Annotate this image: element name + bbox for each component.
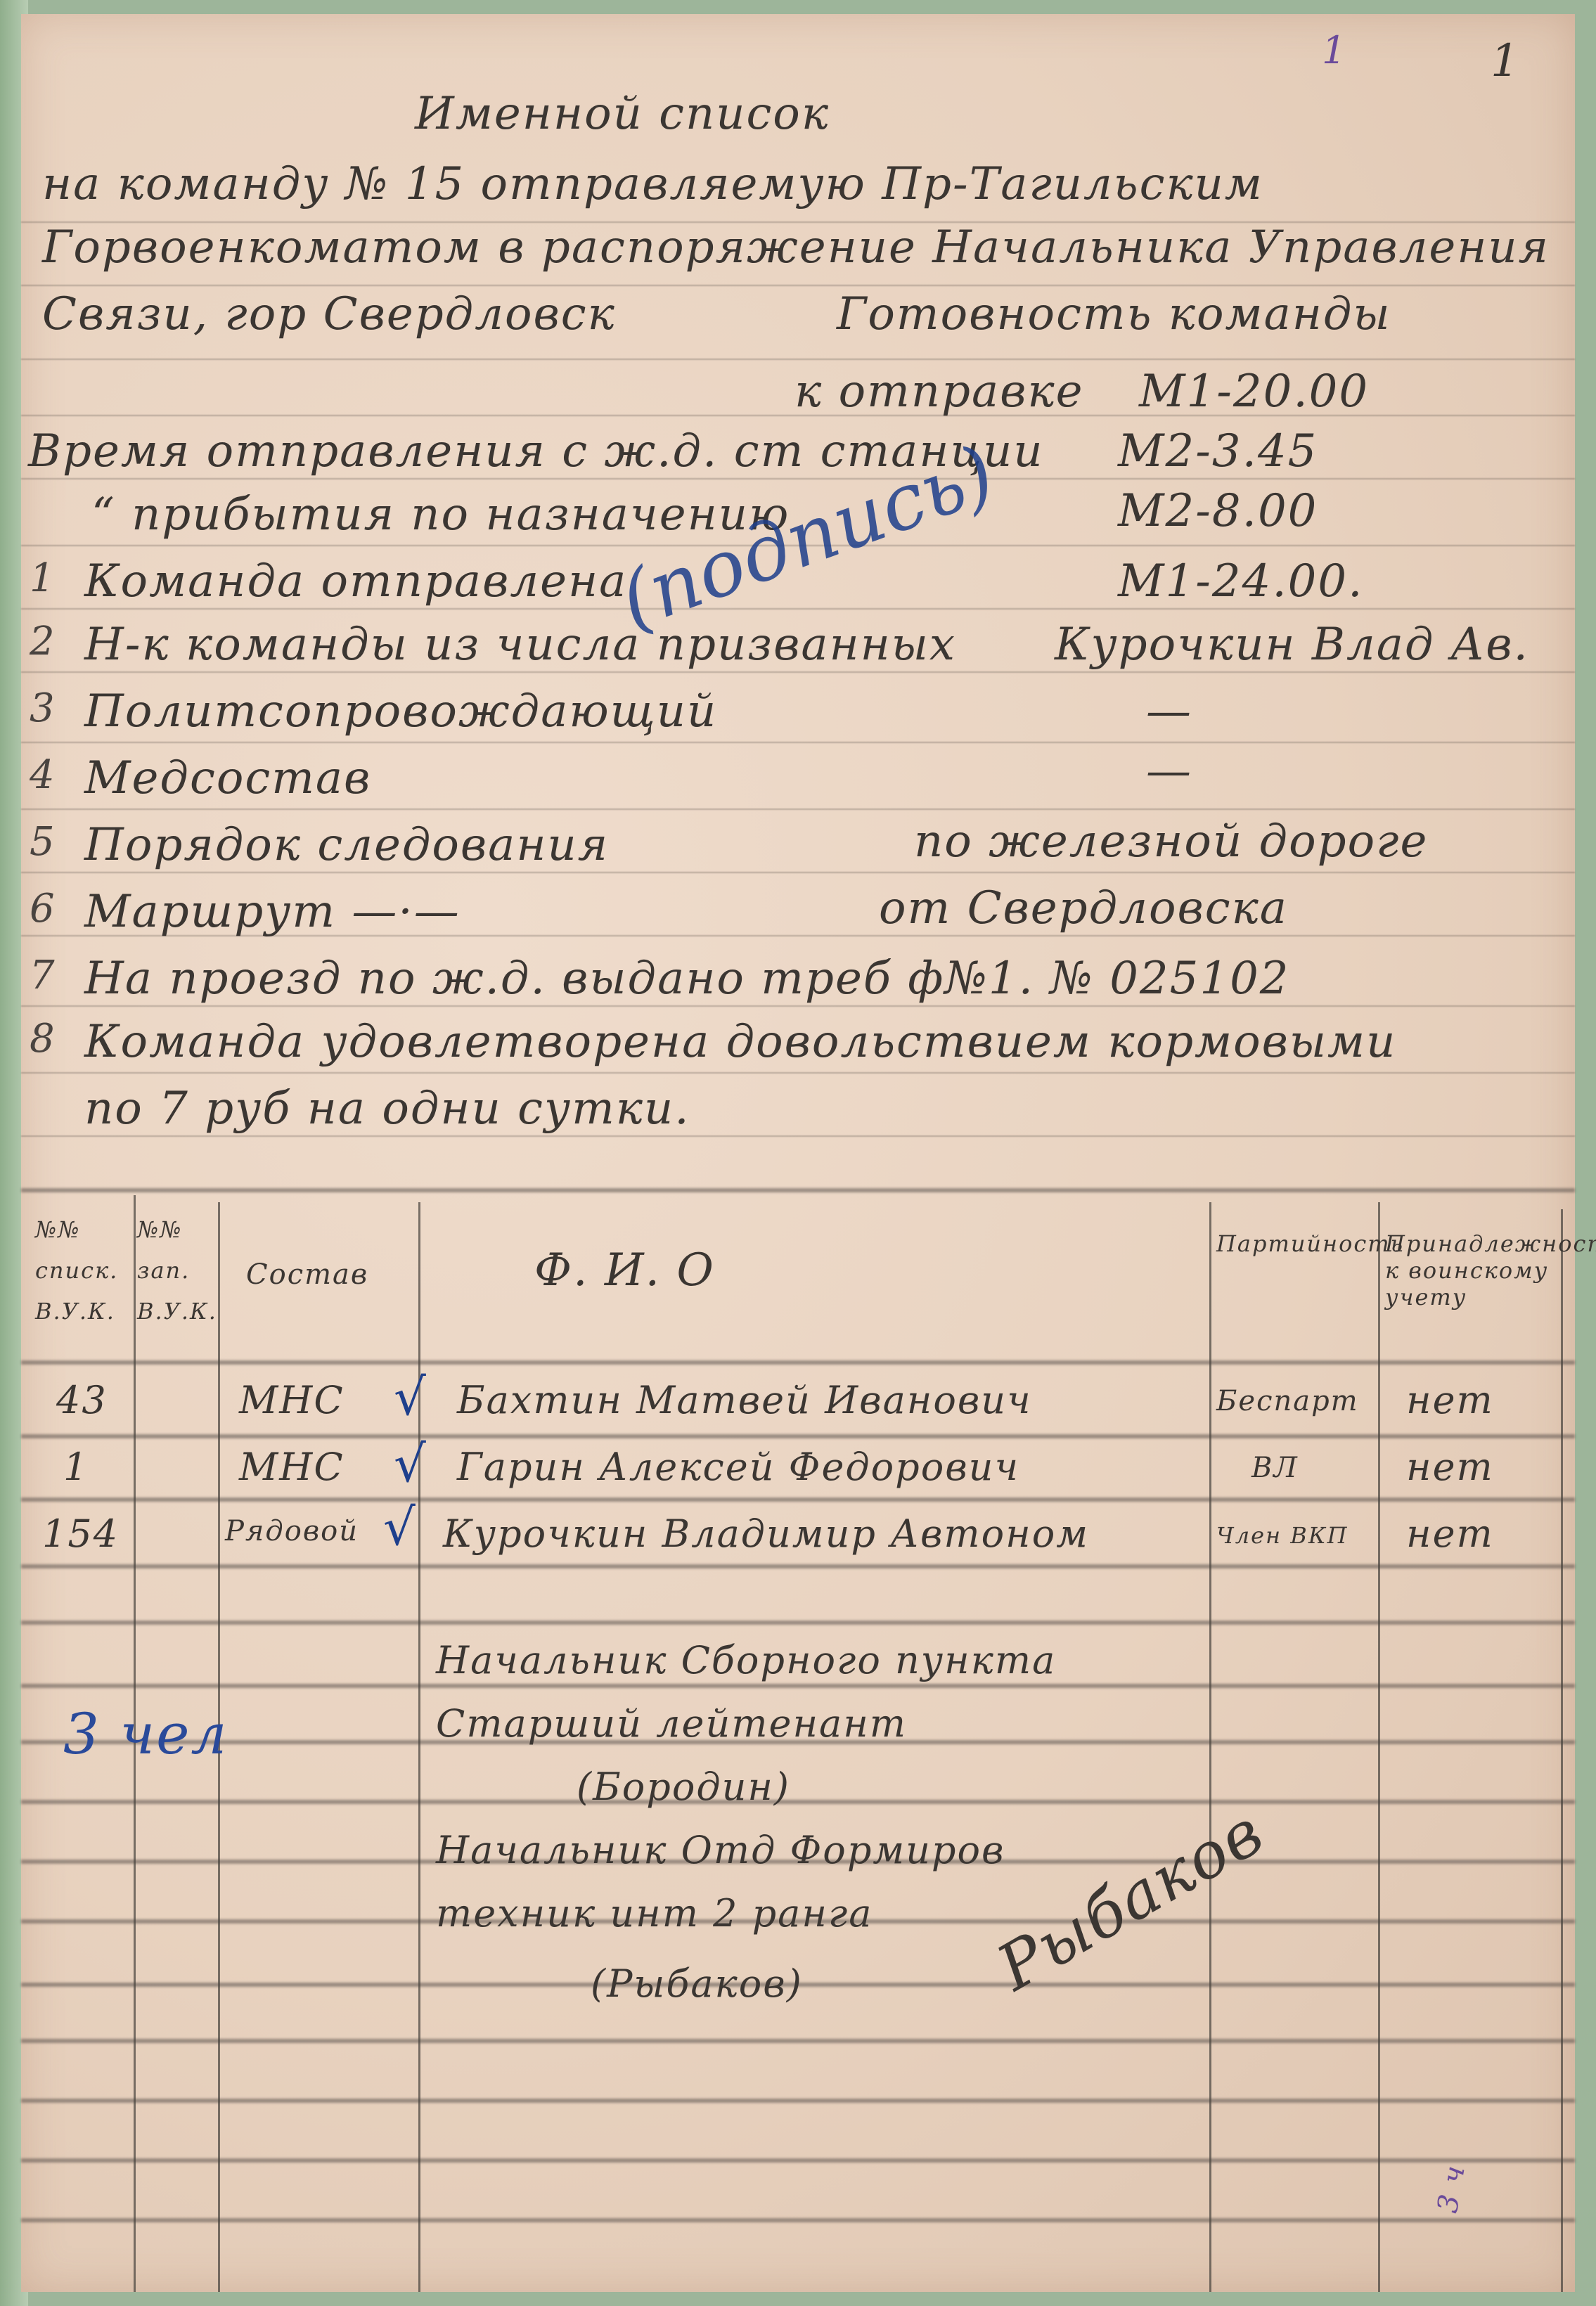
- column-divider: [418, 1202, 420, 2292]
- cell-party: ВЛ: [1251, 1452, 1299, 1484]
- item-arrival-value: М2-8.00: [1118, 485, 1318, 537]
- column-divider: [1561, 1209, 1563, 2292]
- item-commander-label: Н-к команды из числа призванных: [84, 619, 956, 671]
- header-line-1: на команду № 15 отправляемую Пр-Тагильск…: [42, 158, 1263, 210]
- cell-military-status: нет: [1406, 1378, 1494, 1422]
- signature-title-2a: Начальник Отд Формиров: [436, 1828, 1005, 1872]
- ruled-line: [21, 1005, 1575, 1007]
- readiness-time: М1-20.00: [1139, 366, 1369, 418]
- table-row-line: [21, 2158, 1575, 2163]
- table-row-line: [21, 1564, 1575, 1569]
- item-number: 6: [30, 886, 55, 932]
- cell-name: Бахтин Матвей Иванович: [457, 1378, 1032, 1422]
- item-number: 4: [30, 752, 55, 798]
- ruled-line: [21, 285, 1575, 286]
- item-commander-value: Курочкин Влад Ав.: [1055, 619, 1529, 671]
- cell-rank: МНС: [239, 1378, 345, 1422]
- ruled-line: [21, 671, 1575, 673]
- signature-title-1a: Начальник Сборного пункта: [436, 1638, 1056, 1682]
- ruled-line: [21, 1072, 1575, 1074]
- table-row-line: [21, 2218, 1575, 2222]
- item-number: 8: [30, 1016, 55, 1062]
- cell-list-no: 43: [56, 1378, 108, 1422]
- item-number: 3: [30, 685, 55, 731]
- item-number: 1: [30, 555, 55, 601]
- table-row-line: [21, 1434, 1575, 1438]
- cell-list-no: 1: [63, 1445, 89, 1489]
- item-travel-label: На проезд по ж.д. выдано треб ф№1. № 025…: [84, 953, 1290, 1005]
- item-order-value: по железной дороге: [914, 816, 1428, 868]
- ruled-line: [21, 809, 1575, 810]
- cell-rank: Рядовой: [225, 1515, 359, 1547]
- item-allowance-cont: по 7 руб на одни сутки.: [84, 1083, 690, 1135]
- item-political-label: Политсопровождающий: [84, 685, 717, 737]
- column-header-list-no: №№ списк. В.У.К.: [35, 1209, 127, 1332]
- checkmark-icon: √: [383, 1497, 416, 1557]
- table-header-border: [21, 1360, 1575, 1365]
- item-medical-label: Медсостав: [84, 752, 371, 804]
- signature-name-1: (Бородин): [577, 1765, 790, 1809]
- document-page: [21, 14, 1575, 2292]
- table-row-line: [21, 1497, 1575, 1502]
- document-title: Именной список: [415, 88, 830, 140]
- table-row-line: [21, 2039, 1575, 2043]
- item-route-label: Маршрут —·—: [84, 886, 461, 938]
- item-sent-value: М1-24.00.: [1118, 555, 1363, 607]
- item-political-value: —: [1146, 685, 1192, 737]
- cell-military-status: нет: [1406, 1445, 1494, 1489]
- table-row-line: [21, 2099, 1575, 2103]
- readiness-label: Готовность команды: [837, 288, 1391, 340]
- signature-title-1b: Старший лейтенант: [436, 1701, 907, 1746]
- readiness-sub: к отправке: [794, 366, 1083, 418]
- cell-party: Беспарт: [1216, 1385, 1359, 1417]
- item-allowance-label: Команда удовлетворена довольствием кормо…: [84, 1016, 1396, 1068]
- table-row-line: [21, 1621, 1575, 1625]
- item-number: 5: [30, 819, 55, 865]
- cell-name: Курочкин Владимир Автоном: [443, 1512, 1089, 1556]
- column-divider: [1209, 1202, 1211, 2292]
- cell-rank: МНС: [239, 1445, 345, 1489]
- header-line-2: Горвоенкоматом в распоряжение Начальника…: [42, 221, 1550, 273]
- ruled-line: [21, 742, 1575, 743]
- ruled-line: [21, 872, 1575, 873]
- ruled-line: [21, 608, 1575, 610]
- table-top-border: [21, 1188, 1575, 1192]
- column-header-party: Партийность: [1216, 1230, 1371, 1257]
- cell-list-no: 154: [42, 1512, 119, 1556]
- ruled-line: [21, 359, 1575, 360]
- column-header-name: Ф. И. О: [534, 1244, 715, 1296]
- item-departure-value: М2-3.45: [1118, 425, 1318, 477]
- item-medical-value: —: [1146, 745, 1192, 797]
- header-line-3: Связи, гор Свердловск: [42, 288, 616, 340]
- ruled-line: [21, 478, 1575, 479]
- cell-military-status: нет: [1406, 1512, 1494, 1556]
- ruled-line: [21, 1135, 1575, 1137]
- signature-title-2b: техник инт 2 ранга: [436, 1891, 873, 1935]
- checkmark-icon: √: [394, 1434, 426, 1493]
- signature-name-2: (Рыбаков): [591, 1962, 803, 2006]
- item-order-label: Порядок следования: [84, 819, 609, 871]
- item-sent-label: Команда отправлена: [84, 555, 627, 607]
- margin-mark: 1: [1322, 28, 1347, 72]
- table-row-line: [21, 1800, 1575, 1804]
- page-number: 1: [1491, 35, 1521, 87]
- column-divider: [1378, 1202, 1380, 2292]
- table-row-line: [21, 1684, 1575, 1688]
- checkmark-icon: √: [394, 1367, 426, 1426]
- column-header-rank: Состав: [246, 1258, 368, 1291]
- total-count-mark: 3 чел: [63, 1701, 228, 1767]
- cell-party: Член ВКП: [1216, 1522, 1348, 1549]
- column-header-military-status: Принадлежность к воинскому учету: [1385, 1230, 1554, 1310]
- item-number: 7: [30, 953, 55, 998]
- cell-name: Гарин Алексей Федорович: [457, 1445, 1019, 1489]
- item-route-value: от Свердловска: [879, 882, 1288, 934]
- item-number: 2: [30, 619, 55, 664]
- column-header-record-no: №№ зап. В.У.К.: [137, 1209, 214, 1332]
